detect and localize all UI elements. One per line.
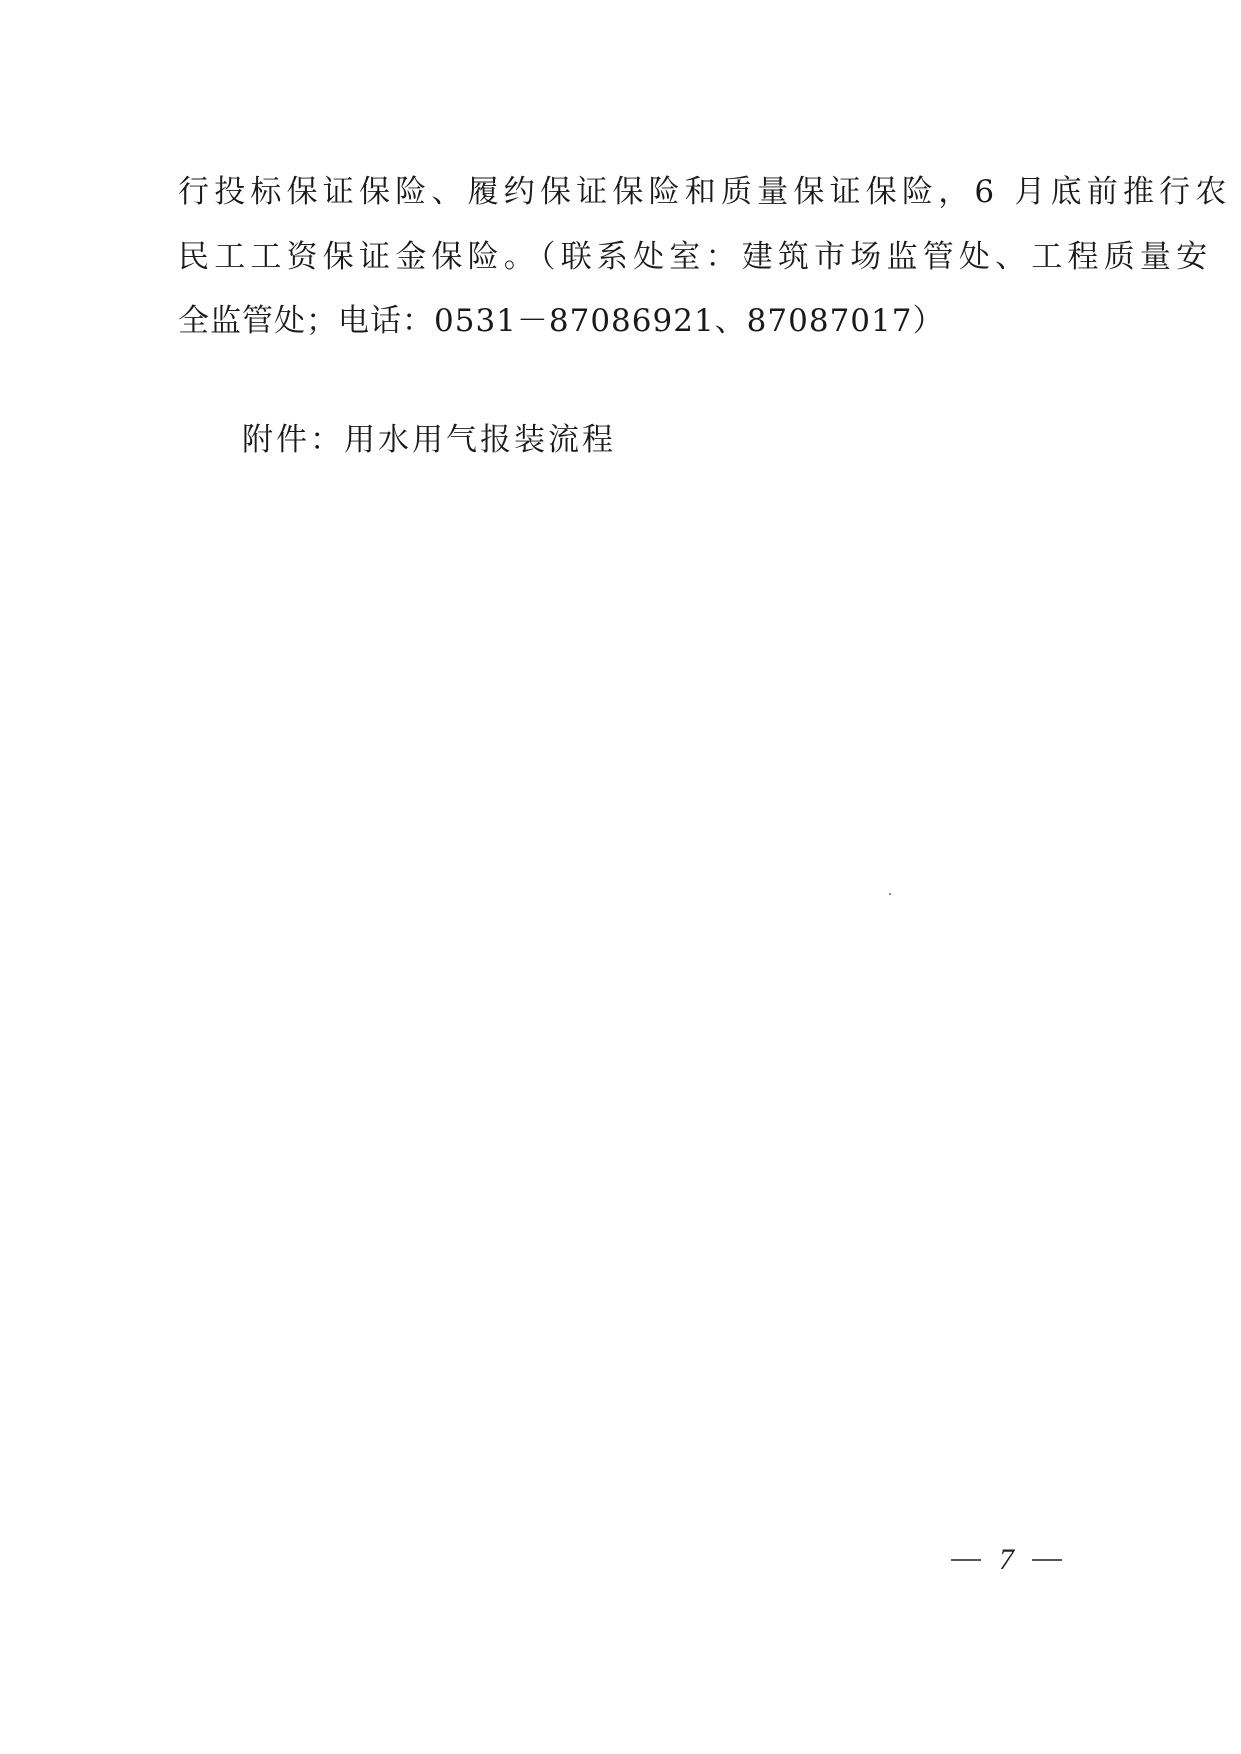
page-number-dash-left [951, 1559, 981, 1561]
paragraph-line-3: 全监管处；电话：0531－87086921、87087017） [178, 301, 944, 341]
paragraph-line-2: 民工工资保证金保险。（联系处室：建筑市场监管处、工程质量安 [178, 237, 1212, 277]
page-number-dash-right [1032, 1559, 1062, 1561]
attachment-label: 附件：用水用气报装流程 [242, 420, 616, 460]
paragraph-line-1: 行投标保证保险、履约保证保险和质量保证保险，6 月底前推行农 [178, 172, 1232, 212]
scan-speck [889, 893, 891, 895]
page-number-footer: 7 [951, 1544, 1062, 1576]
document-page: 行投标保证保险、履约保证保险和质量保证保险，6 月底前推行农 民工工资保证金保险… [0, 0, 1241, 1754]
page-number: 7 [999, 1544, 1014, 1576]
